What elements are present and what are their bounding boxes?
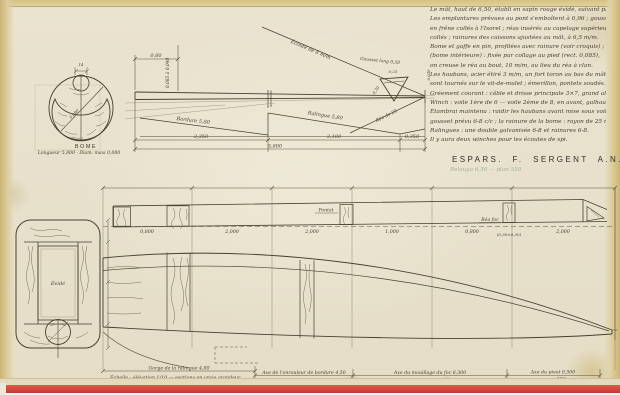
section-dim-lines (74, 67, 89, 75)
note-line: Les haubans, acier étiré 3 m/m, un fort … (430, 71, 606, 80)
label-ecoute: Écoute de 8 m/m (289, 37, 333, 62)
section-dim-top: 14 (78, 62, 84, 67)
bome-elevation-drawing: 2,350 3,100 0,350 5,800 0,60 0,085 à 0,0… (125, 15, 435, 165)
note-line: en frêne collés à l'Isorel ; réas inséré… (430, 25, 606, 34)
note-line: Gréement courant : câble et drisse princ… (430, 90, 606, 99)
note-line: collés ; rainures des caissons ajustées … (430, 34, 606, 43)
bottom-dim-lines (101, 188, 618, 379)
note-line: gousset prévu 6-8 c/c ; la rainure de la… (430, 118, 606, 127)
label-rea: Réa de 25 (373, 107, 398, 124)
note-line: Bome et gaffe en pin, profilées avec rai… (430, 43, 606, 52)
dim-d3: 0,350 (405, 134, 420, 140)
station-dim-0: 0,800 (140, 229, 154, 235)
note-foc: Axe du mouillage du foc 6,300 (393, 370, 466, 376)
red-border-band (6, 385, 620, 393)
note-line: Ralingues : une double galvanisée 6-8 et… (430, 127, 606, 136)
corner-fragment (0, 383, 6, 395)
label-rea-foc: Réa foc (480, 216, 499, 223)
mat-profile-view (103, 253, 612, 339)
station-dim-2: 2,000 (304, 229, 319, 235)
note-line: Winch : voile 1ère de 6 — voile 2ème de … (430, 99, 606, 108)
dim-d2: 3,100 (327, 134, 342, 140)
tri-dim-left: 0,30 (371, 85, 380, 96)
note-line: (bome intérieure) : fixée par collage au… (430, 52, 606, 61)
dim-d1: 2,350 (193, 134, 209, 140)
wood-grain-hatching (55, 88, 106, 138)
section-label-evide: Évidé (50, 279, 65, 287)
dashed-step-outline (215, 347, 259, 363)
label-underlines (315, 213, 501, 223)
profile-wood-grain (107, 257, 311, 324)
mat-section-detail: Évidé (10, 216, 114, 366)
note-line: on creuse le réa au bout, 10 m/m, au lie… (430, 62, 606, 71)
dim-height: 0,085 à 0,040 (166, 58, 171, 89)
sheet-title: ESPARS. F. SERGENT A.N. (452, 155, 620, 164)
note-line: Le mât, haut de 6,50, établi en sapin ro… (430, 6, 606, 15)
handwritten-notes: Le mât, haut de 6,50, établi en sapin ro… (430, 6, 606, 145)
note-line: Les emplantures prévues au pont s'emboît… (430, 15, 606, 24)
section-dim-diag: 0,080 (68, 108, 80, 120)
note-line: Il y aura deux winches pour les écoutes … (430, 136, 606, 145)
mat-drawing: Pontet Réa foc (0,30×0,30) 0,800 2,000 2… (95, 180, 620, 382)
foot-fairing-curve (103, 332, 190, 368)
station-lines (103, 188, 615, 370)
pencil-construction-box (35, 85, 100, 150)
mat-section-outline (16, 220, 100, 358)
pencil-annotation: Belouga 6,50 — plan 550 (450, 167, 521, 173)
station-dim-5: 2,000 (555, 229, 570, 235)
bome-caption: BOME (60, 144, 112, 150)
label-pontet: Pontet (317, 208, 333, 214)
note-gorge: Gorge de la ralingue 4,80 (149, 366, 210, 372)
label-bordure: Bordure 5,80 (175, 116, 211, 126)
note-line: sont tournés sur le vit-de-mulet ; émeri… (430, 80, 606, 89)
tri-dim-top: 0,25 (389, 69, 398, 74)
top-dim-line (101, 186, 617, 190)
note-pivot: Axe du pivot 0,500 (530, 370, 576, 376)
note-line: Étambrai maintenu : raidir les haubans a… (430, 108, 606, 117)
rigging-lines (262, 27, 425, 133)
label-gousset: Gousset long 0,50 (360, 57, 401, 66)
station-dim-4: 0,800 (465, 229, 479, 235)
station-dim-1: 2,000 (224, 229, 239, 235)
dim-total: 5,800 (268, 144, 283, 150)
bome-section-outline (49, 75, 113, 141)
label-rea-dim: (0,30×0,30) (497, 232, 522, 237)
dim-left: 0,60 (150, 53, 162, 59)
bome-caption-sub: Longueur 5,800 - Diam. maxi 0,080 (20, 151, 138, 156)
station-dim-3: 1,000 (385, 229, 399, 235)
